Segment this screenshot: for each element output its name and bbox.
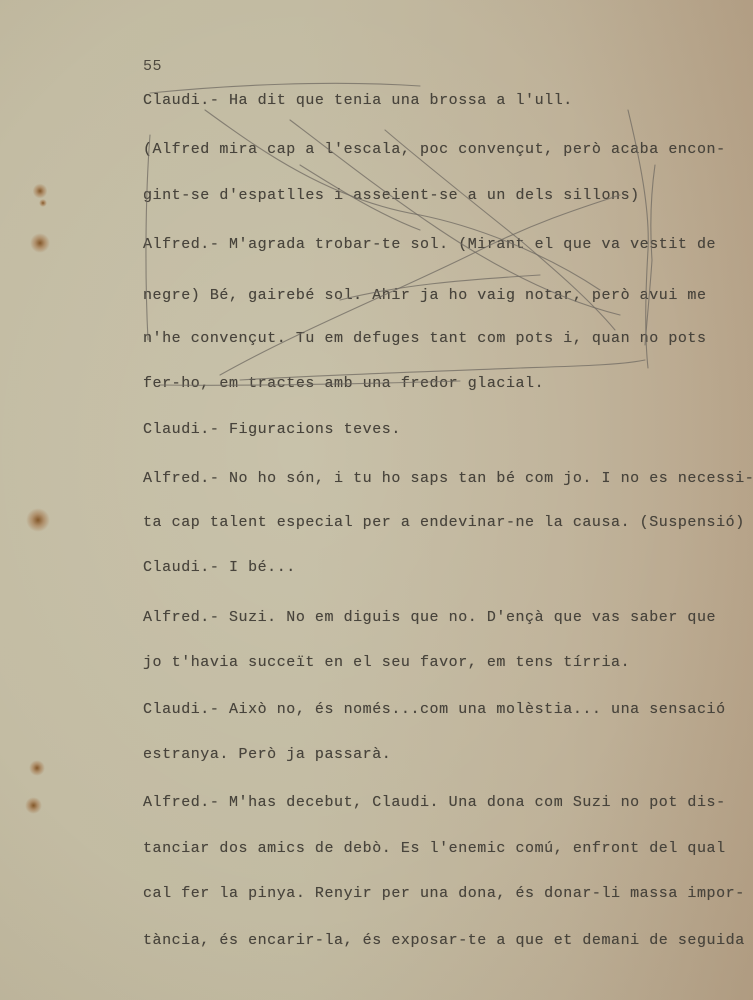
script-line: tància, és encarir-la, és exposar-te a q…	[143, 932, 745, 950]
script-line: Alfred.- M'agrada trobar-te sol. (Mirant…	[143, 236, 716, 254]
script-line: fer-ho, em tractes amb una fredor glacia…	[143, 375, 544, 393]
script-line: negre) Bé, gairebé sol. Ahir ja ho vaig …	[143, 287, 707, 305]
script-line: Alfred.- M'has decebut, Claudi. Una dona…	[143, 794, 726, 812]
rust-stain	[33, 183, 47, 199]
script-line: tanciar dos amics de debò. Es l'enemic c…	[143, 840, 726, 858]
script-line: Claudi.- I bé...	[143, 559, 296, 577]
page-number: 55	[143, 58, 162, 75]
script-line: n'he convençut. Tu em defuges tant com p…	[143, 330, 707, 348]
script-line: Claudi.- Ha dit que tenia una brossa a l…	[143, 92, 573, 110]
script-line: jo t'havia succeït en el seu favor, em t…	[143, 654, 630, 672]
script-line: cal fer la pinya. Renyir per una dona, é…	[143, 885, 745, 903]
typewritten-page: 55 Claudi.- Ha dit que tenia una brossa …	[0, 0, 753, 1000]
rust-stain	[25, 797, 42, 814]
script-line: ta cap talent especial per a endevinar-n…	[143, 514, 745, 532]
script-line: (Alfred mira cap a l'escala, poc convenç…	[143, 141, 726, 159]
script-line: gint-se d'espatlles i asseient-se a un d…	[143, 187, 640, 205]
rust-stain	[26, 508, 50, 532]
rust-stain	[39, 199, 47, 207]
script-line: Claudi.- Això no, és només...com una mol…	[143, 701, 726, 719]
script-line: Alfred.- Suzi. No em diguis que no. D'en…	[143, 609, 716, 627]
rust-stain	[30, 233, 50, 253]
script-line: Claudi.- Figuracions teves.	[143, 421, 401, 439]
script-line: Alfred.- No ho són, i tu ho saps tan bé …	[143, 470, 753, 488]
rust-stain	[29, 760, 45, 776]
script-line: estranya. Però ja passarà.	[143, 746, 391, 764]
